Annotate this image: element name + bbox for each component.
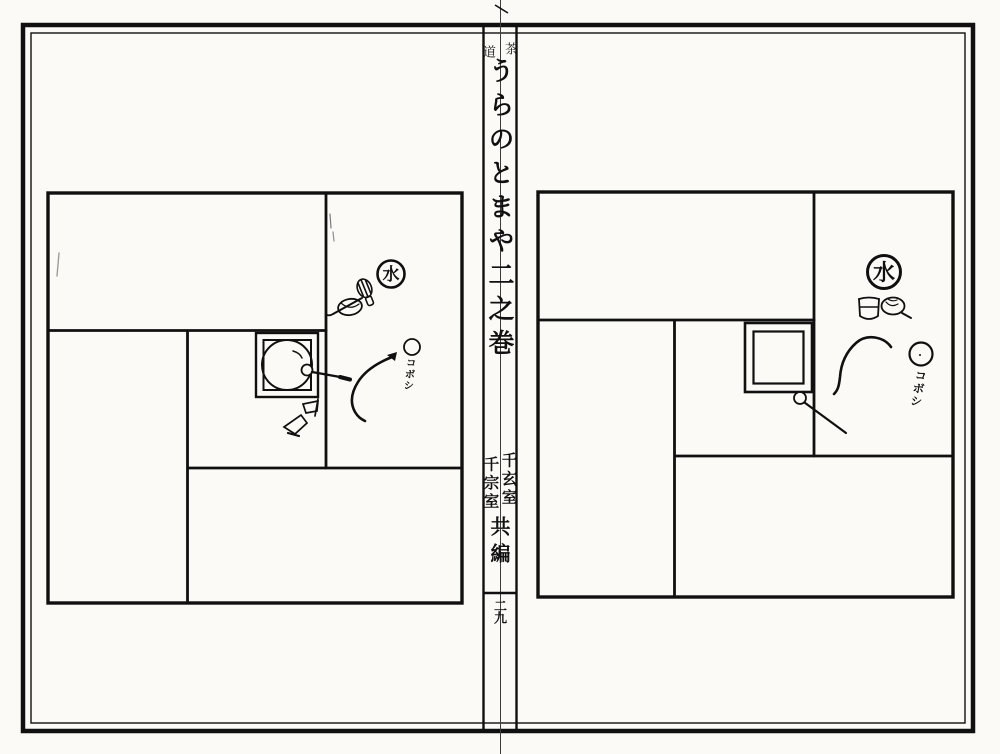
hearth-outer-frame — [745, 323, 812, 392]
spine-editor-right: 千玄室 — [501, 452, 517, 508]
right-floor-plan: 水 — [538, 192, 953, 597]
chawan-inner-line — [888, 299, 897, 301]
water-kanji: 水 — [383, 264, 400, 285]
hishaku-cup-icon — [302, 365, 313, 376]
left-ladle-path — [352, 352, 397, 421]
water-kanji: 水 — [873, 260, 895, 286]
book-page-scan: 水 — [0, 0, 1000, 754]
print-noise-tick — [330, 214, 331, 228]
hishaku-handle-icon — [805, 403, 847, 434]
kensui-foot — [288, 433, 299, 436]
print-speck — [919, 354, 921, 356]
right-chawan — [882, 298, 912, 319]
print-noise-smudge — [57, 253, 59, 276]
kettle-lid-tick — [293, 351, 302, 358]
right-mizusashi: 水 — [868, 256, 901, 289]
left-chawan — [327, 297, 363, 317]
left-mizusashi: 水 — [378, 261, 405, 288]
kensui-cup-icon — [284, 415, 307, 434]
caddy-rim — [859, 298, 879, 300]
koboshi-bowl-icon — [910, 343, 933, 366]
left-ro-hearth — [256, 333, 350, 397]
left-floor-plan: 水 — [48, 193, 462, 603]
spine-series-char-right: 茶 — [503, 42, 516, 56]
caddy-body — [859, 299, 879, 319]
ladle-path-curve — [834, 337, 891, 394]
right-room-outline — [538, 192, 953, 597]
hishaku-handle-tip — [340, 377, 350, 380]
ladle-path-curve — [352, 357, 392, 421]
fold-top-tick — [495, 5, 508, 13]
chashaku-tip — [327, 314, 333, 315]
spine-coedit-label: 共編 — [489, 516, 509, 570]
spine-editor-left: 千宗室 — [483, 456, 499, 512]
chashaku-scoop-icon — [902, 313, 911, 318]
koboshi-bowl-icon — [404, 339, 420, 355]
spine-folio-number: 二九 — [492, 599, 505, 623]
right-koboshi — [910, 343, 933, 366]
left-koboshi-label: コボシ — [402, 357, 416, 392]
print-noise-tick — [333, 232, 334, 241]
tea-caddy-icon — [859, 298, 879, 320]
hearth-inner-frame — [754, 332, 804, 384]
left-small-utensils — [284, 399, 318, 436]
chasen-whisk-icon — [354, 277, 377, 308]
right-ro-hearth — [745, 323, 846, 433]
chawan-inner-line — [886, 302, 898, 306]
spine-book-title: うらのとまや二之巻 — [486, 57, 512, 363]
